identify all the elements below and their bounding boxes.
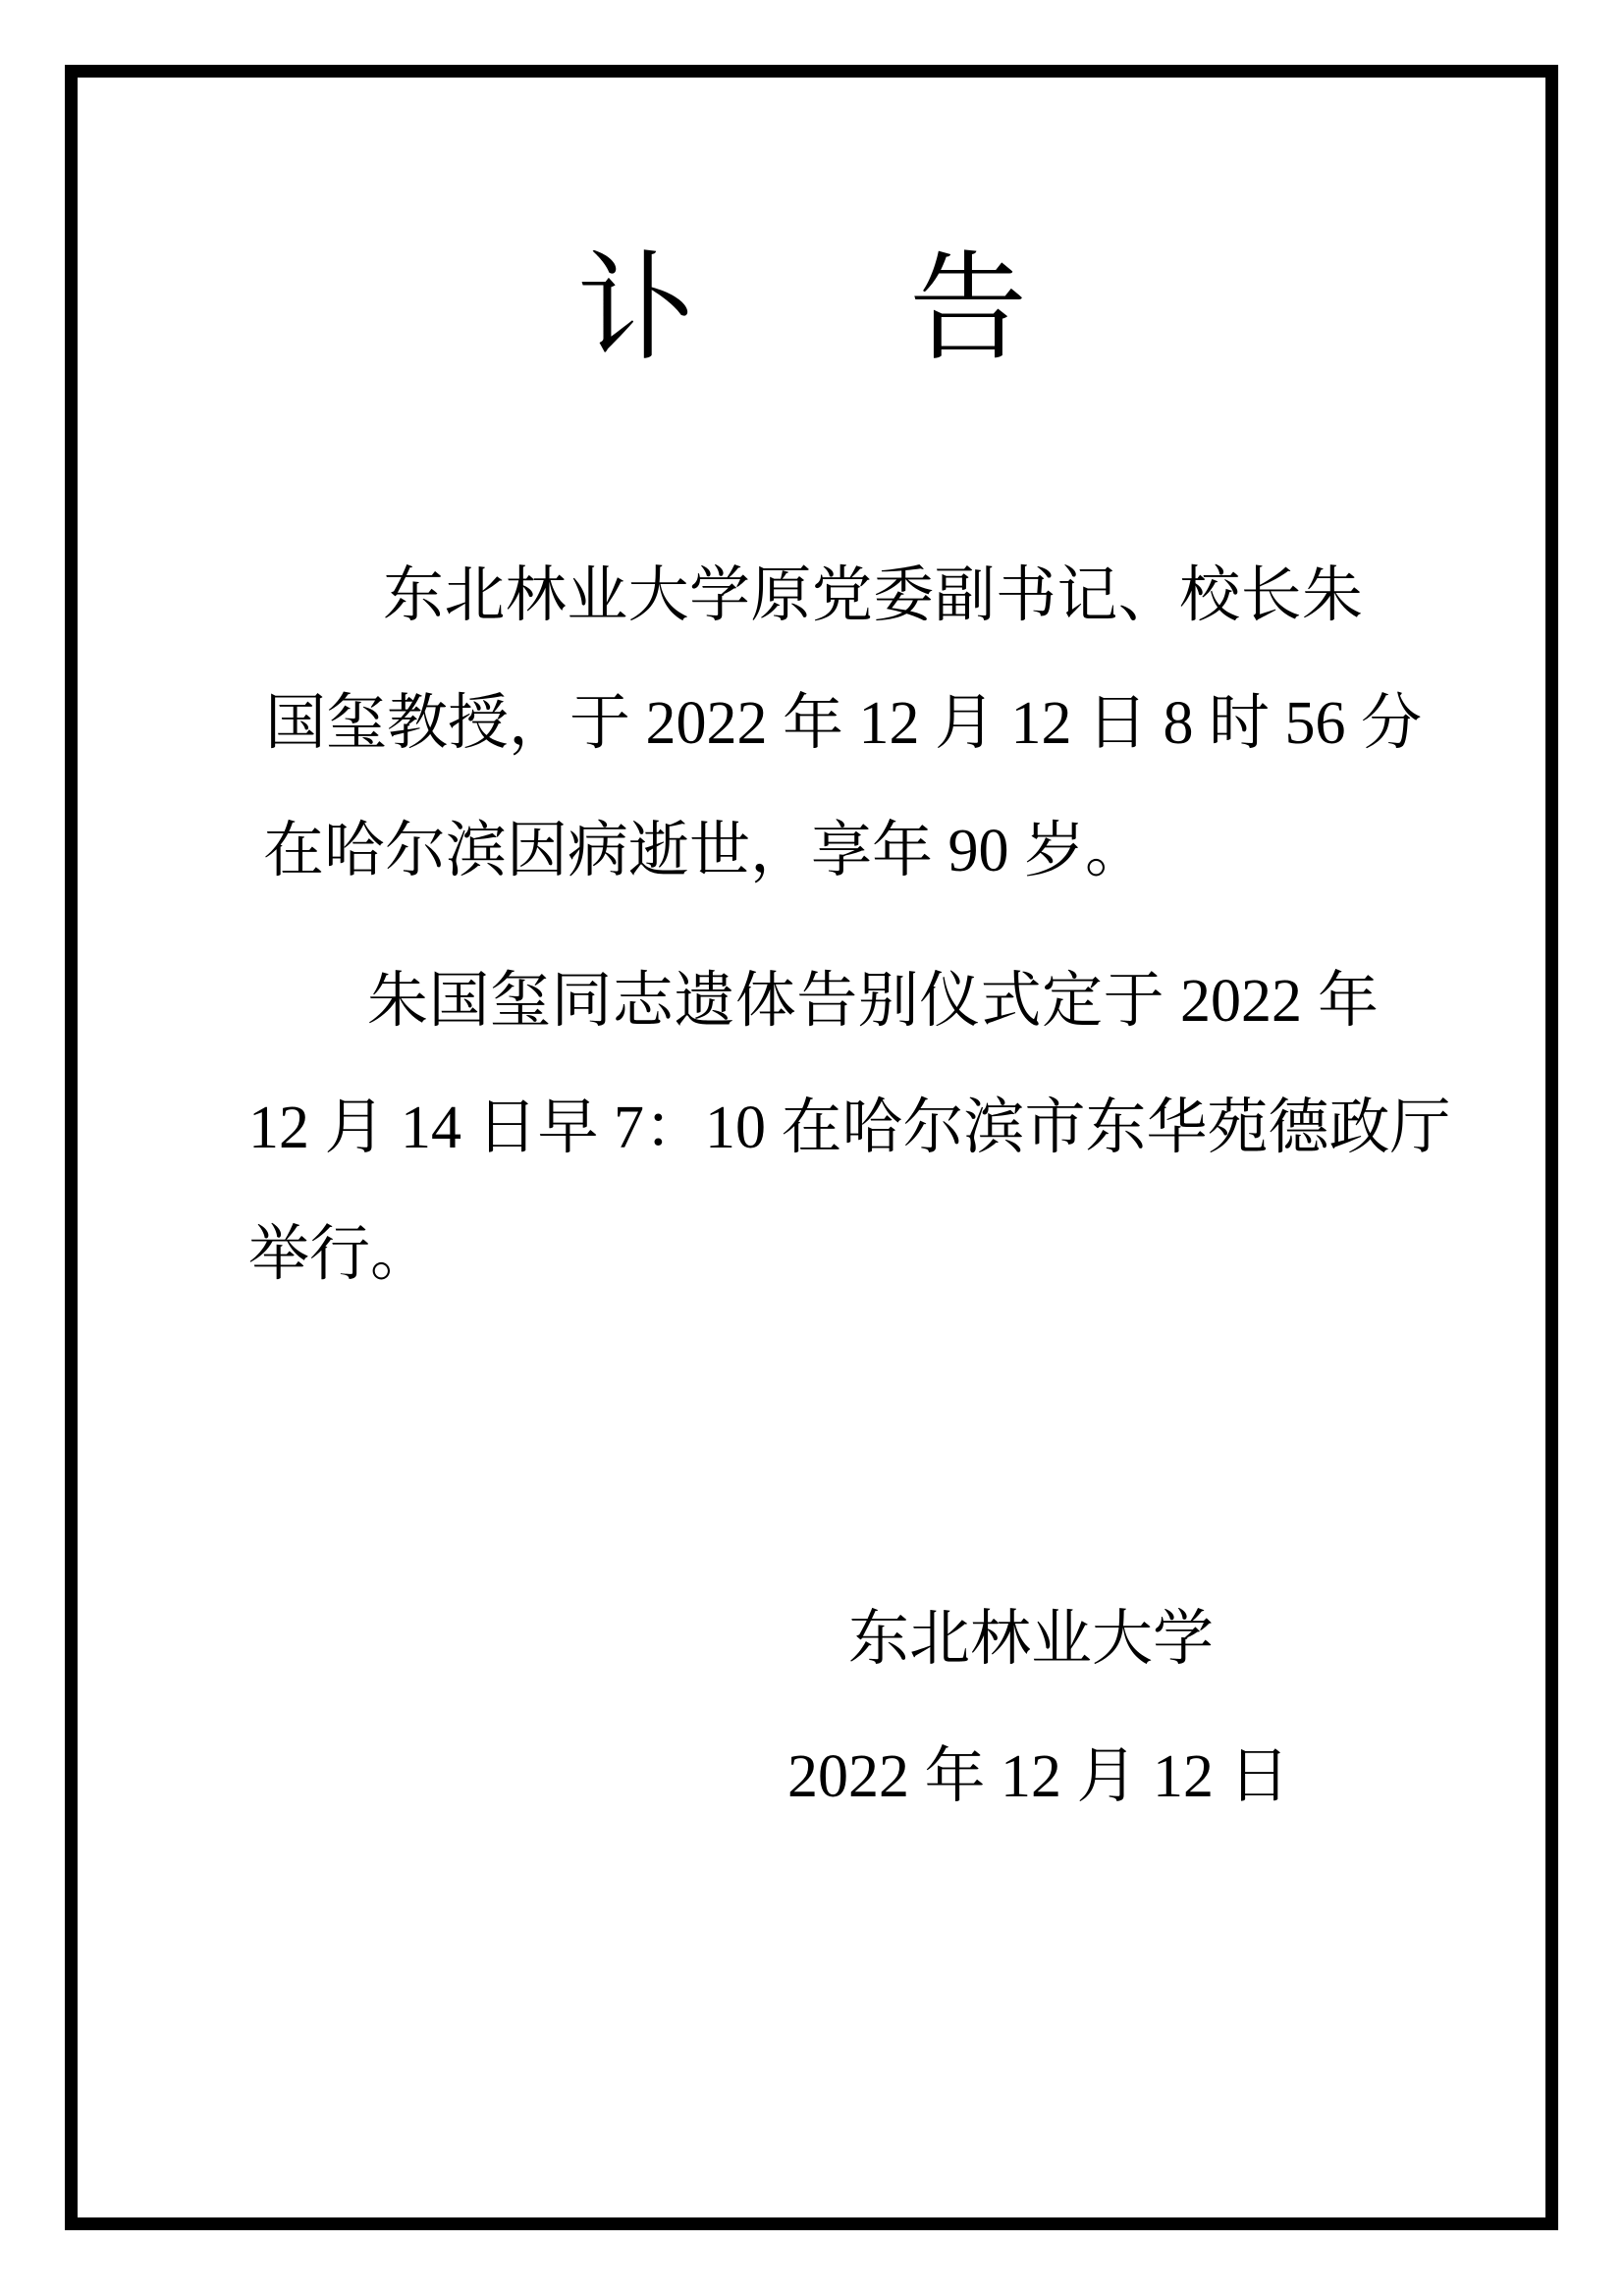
title-char-2: 告 bbox=[909, 236, 1027, 383]
paragraph-2-line-2: 12 月 14 日早 7：10 在哈尔滨市东华苑德政厅 bbox=[248, 1089, 1379, 1167]
paragraph-2-line-3: 举行。 bbox=[248, 1215, 431, 1294]
title-char-1: 讣 bbox=[577, 236, 695, 383]
signature-organization: 东北林业大学 bbox=[848, 1600, 1214, 1679]
paragraph-1-line-1: 东北林业大学原党委副书记、校长朱 bbox=[383, 557, 1363, 635]
signature-date: 2022 年 12 月 12 日 bbox=[787, 1737, 1274, 1816]
paragraph-1-line-3: 在哈尔滨因病逝世，享年 90 岁。 bbox=[263, 812, 1146, 890]
document-title: 讣 告 bbox=[0, 236, 1624, 383]
paragraph-2-line-1: 朱国玺同志遗体告别仪式定于 2022 年 bbox=[367, 962, 1379, 1041]
paragraph-1-line-2: 国玺教授，于 2022 年 12 月 12 日 8 时 56 分 bbox=[265, 684, 1353, 763]
